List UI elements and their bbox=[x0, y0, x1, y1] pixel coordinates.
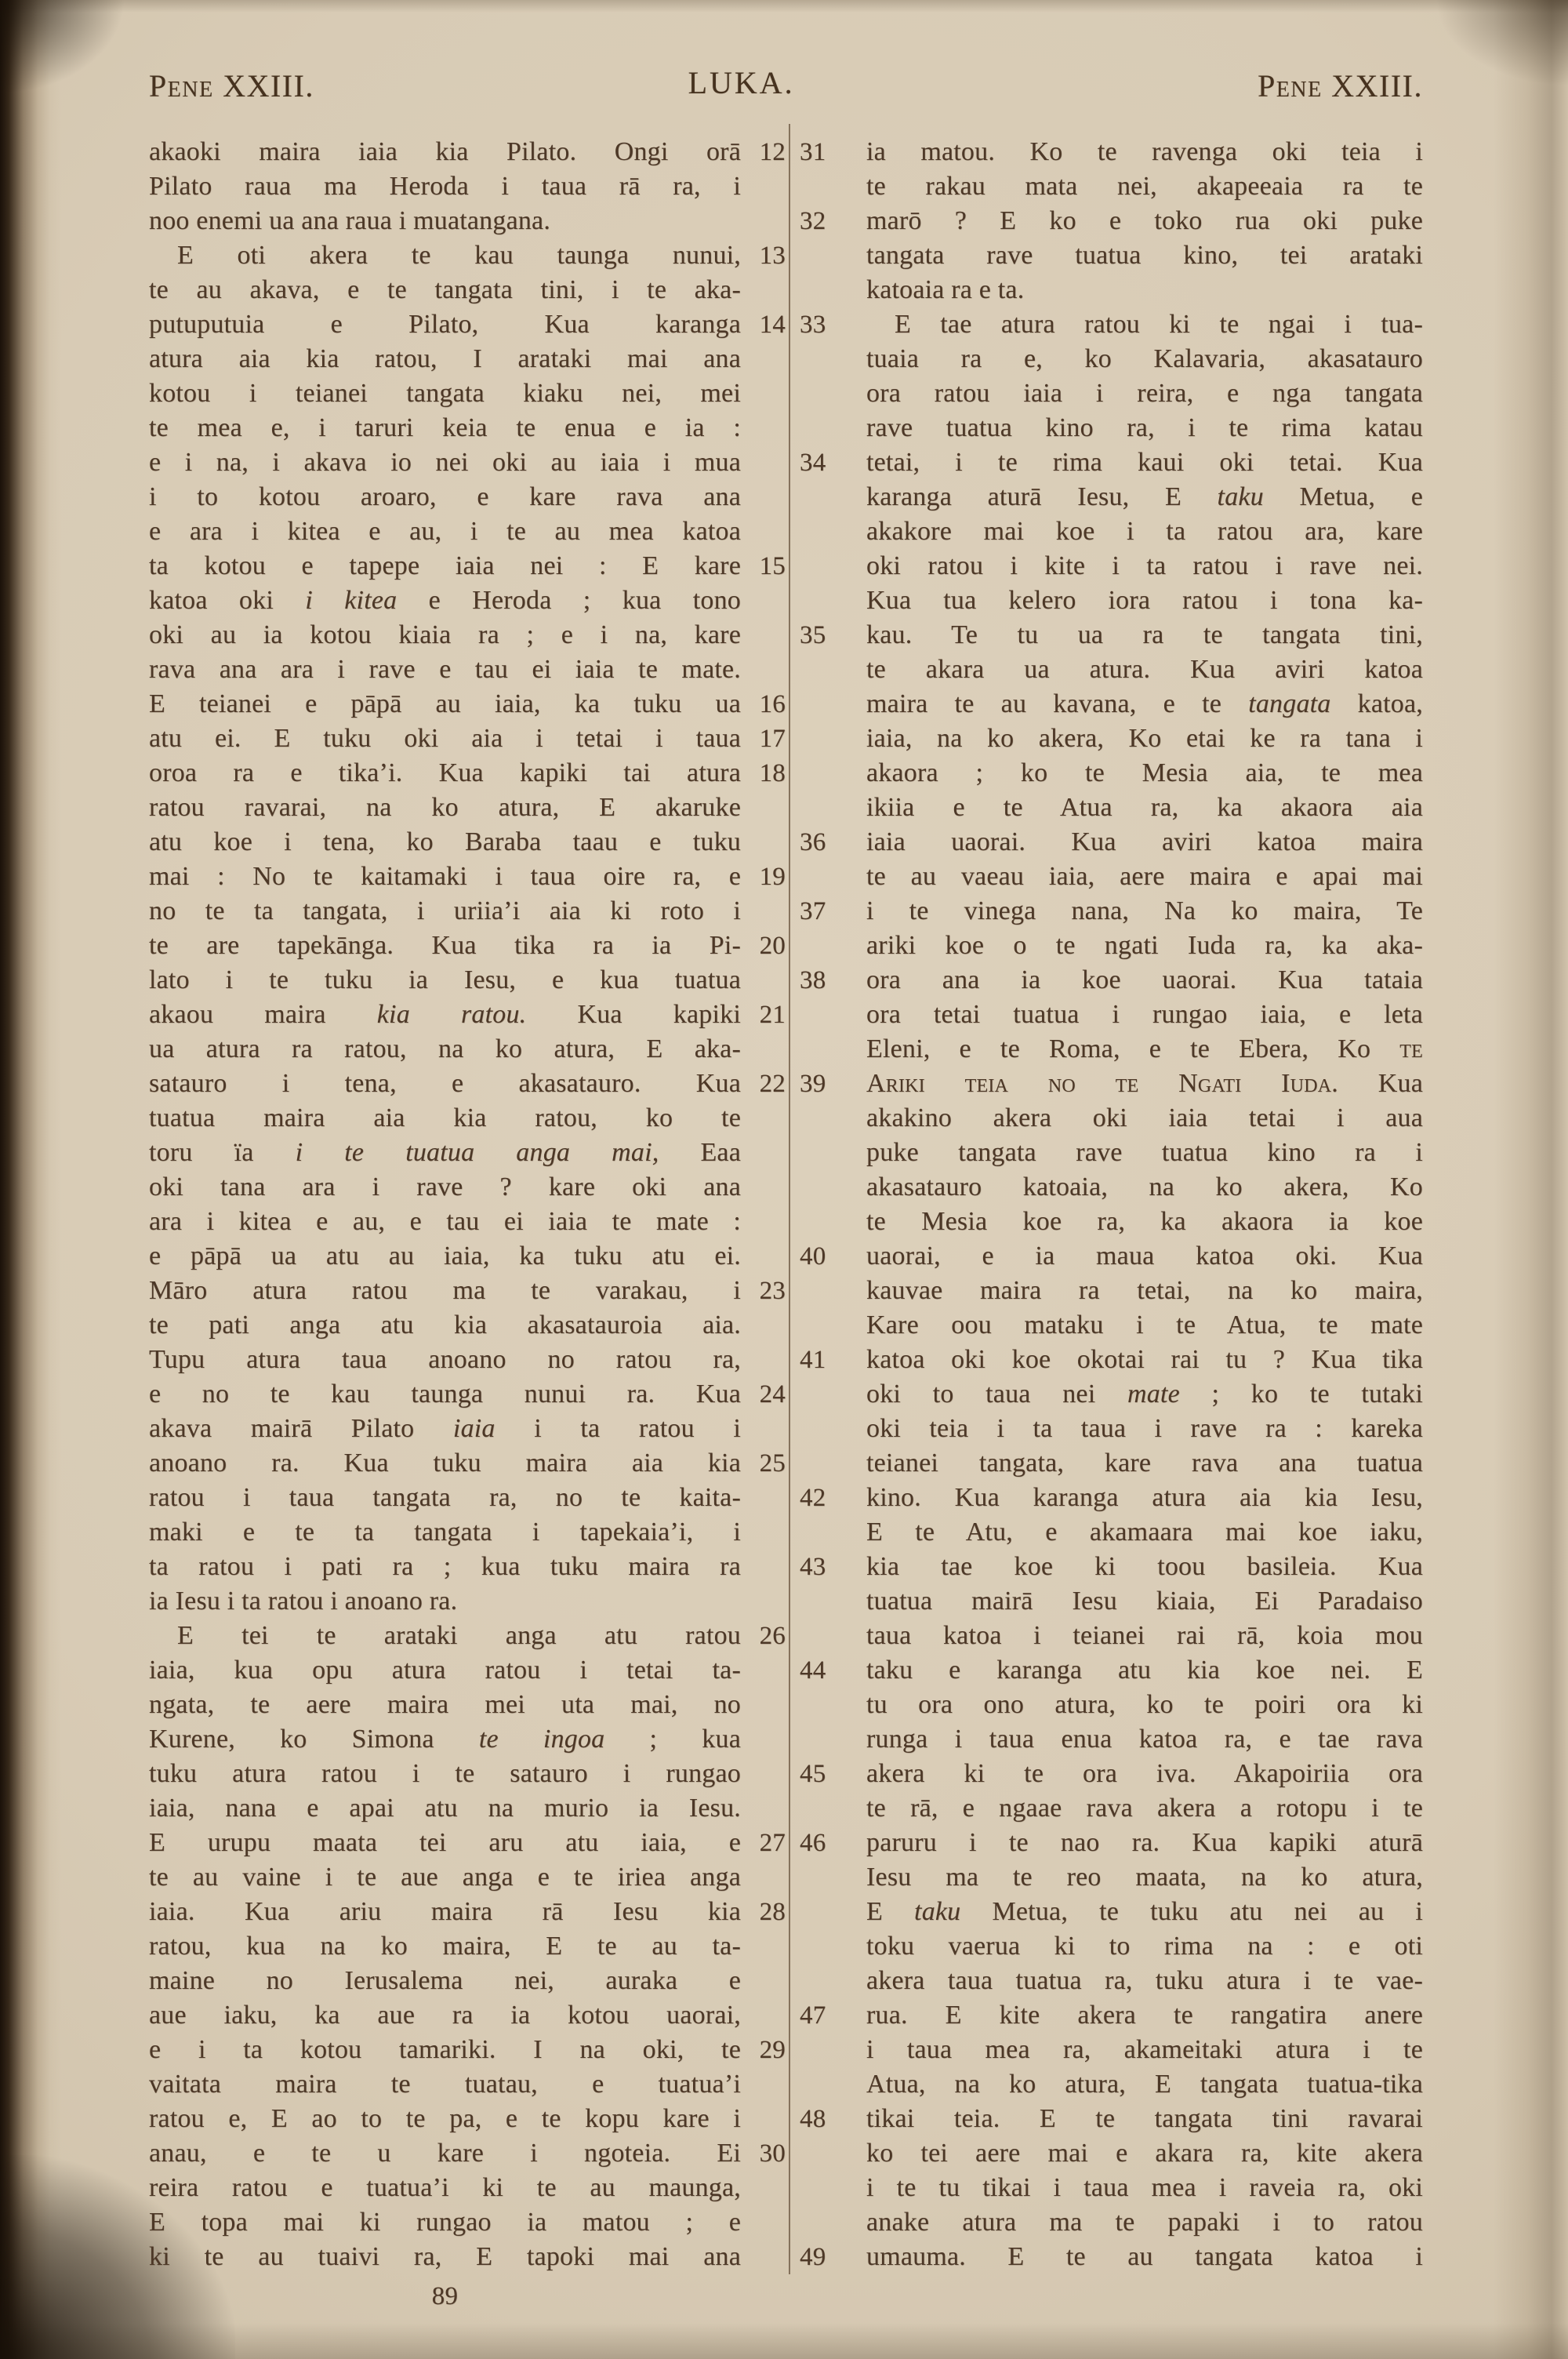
line-text: i to kotou aroaro, e kare rava ana bbox=[149, 480, 741, 514]
line-text: akakino akera oki iaia tetai i aua bbox=[866, 1101, 1423, 1136]
text-line: rave tuatua kino ra, i te rima katau bbox=[800, 411, 1423, 445]
text-line: anau, e te u kare i ngoteia. Ei30 bbox=[149, 2136, 786, 2171]
line-text: e i na, i akava io nei oki au iaia i mua bbox=[149, 445, 741, 480]
text-line: ta kotou e tapepe iaia nei : E kare15 bbox=[149, 549, 786, 583]
line-text: umauma. E te au tangata katoa i bbox=[866, 2240, 1423, 2274]
verse-number: 36 bbox=[800, 825, 826, 860]
line-text: no te ta tangata, i uriia’i aia ki roto … bbox=[149, 894, 741, 929]
text-line: tuatua mairā Iesu kiaia, Ei Paradaiso bbox=[800, 1584, 1423, 1619]
line-text: Kurene, ko Simona te ingoa ; kua bbox=[149, 1722, 741, 1757]
text-line: Ariki teia no te Ngati Iuda. Kua39 bbox=[800, 1067, 1423, 1101]
verse-number: 34 bbox=[800, 445, 826, 480]
running-head: Pene XXIII. LUKA. Pene XXIII. bbox=[149, 67, 1423, 110]
text-line: iaia, kua opu atura ratou i tetai ta- bbox=[149, 1653, 786, 1688]
text-line: i taua mea ra, akameitaki atura i te bbox=[800, 2033, 1423, 2067]
verse-number: 35 bbox=[800, 618, 826, 652]
verse-number: 30 bbox=[760, 2136, 786, 2171]
text-column-left: akaoki maira iaia kia Pilato. Ongi orā12… bbox=[149, 135, 786, 2314]
line-text: oki au ia kotou kiaia ra ; e i na, kare bbox=[149, 618, 741, 652]
text-line: te au vaine i te aue anga e te iriea ang… bbox=[149, 1860, 786, 1895]
line-text: reira ratou e tuatua’i ki te au maunga, bbox=[149, 2171, 741, 2205]
line-text: runga i taua enua katoa ra, e tae rava bbox=[866, 1722, 1423, 1757]
line-text: anau, e te u kare i ngoteia. Ei bbox=[149, 2136, 741, 2171]
line-text: tuatua mairā Iesu kiaia, Ei Paradaiso bbox=[866, 1584, 1423, 1619]
running-head-chapter-left: Pene XXIII. bbox=[149, 67, 314, 104]
text-line: E tei te arataki anga atu ratou26 bbox=[149, 1619, 786, 1653]
line-text: E teianei e pāpā au iaia, ka tuku ua bbox=[149, 687, 741, 722]
line-text: akakore mai koe i ta ratou ara, kare bbox=[866, 514, 1423, 549]
text-line: lato i te tuku ia Iesu, e kua tuatua bbox=[149, 963, 786, 998]
text-line: katoa oki i kitea e Heroda ; kua tono bbox=[149, 583, 786, 618]
text-line: oki au ia kotou kiaia ra ; e i na, kare bbox=[149, 618, 786, 652]
text-line: ratou ravarai, na ko atura, E akaruke bbox=[149, 791, 786, 825]
text-line: ikiia e te Atua ra, ka akaora aia bbox=[800, 791, 1423, 825]
text-line: akera ki te ora iva. Akapoiriia ora45 bbox=[800, 1757, 1423, 1791]
text-line: teianei tangata, kare rava ana tuatua bbox=[800, 1446, 1423, 1481]
text-line: E topa mai ki rungao ia matou ; e bbox=[149, 2205, 786, 2240]
text-line: te rā, e ngaae rava akera a rotopu i te bbox=[800, 1791, 1423, 1826]
text-line: putuputuia e Pilato, Kua karanga14 bbox=[149, 307, 786, 342]
line-text: iaia uaorai. Kua aviri katoa maira bbox=[866, 825, 1423, 860]
text-line: te rakau mata nei, akapeeaia ra te bbox=[800, 169, 1423, 204]
text-line: te pati anga atu kia akasatauroia aia. bbox=[149, 1308, 786, 1343]
text-line: ki te au tuaivi ra, E tapoki mai ana bbox=[149, 2240, 786, 2274]
text-line: e pāpā ua atu au iaia, ka tuku atu ei. bbox=[149, 1239, 786, 1274]
line-text: rua. E kite akera te rangatira anere bbox=[866, 1998, 1423, 2033]
text-line: Iesu ma te reo maata, na ko atura, bbox=[800, 1860, 1423, 1895]
text-line: oki teia i ta taua i rave ra : kareka bbox=[800, 1412, 1423, 1446]
line-text: e pāpā ua atu au iaia, ka tuku atu ei. bbox=[149, 1239, 741, 1274]
line-text: ariki koe o te ngati Iuda ra, ka aka- bbox=[866, 929, 1423, 963]
text-line: tetai, i te rima kaui oki tetai. Kua34 bbox=[800, 445, 1423, 480]
page-edge-shadow-top bbox=[0, 0, 1568, 13]
line-text: ia Iesu i ta ratou i anoano ra. bbox=[149, 1584, 741, 1619]
text-line: rua. E kite akera te rangatira anere47 bbox=[800, 1998, 1423, 2033]
text-line: te au akava, e te tangata tini, i te aka… bbox=[149, 273, 786, 307]
column-divider-rule bbox=[789, 124, 790, 2274]
verse-number: 25 bbox=[760, 1446, 786, 1481]
line-text: Tupu atura taua anoano no ratou ra, bbox=[149, 1343, 741, 1377]
line-text: taua katoa i teianei rai rā, koia mou bbox=[866, 1619, 1423, 1653]
line-text: katoa oki koe okotai rai tu ? Kua tika bbox=[866, 1343, 1423, 1377]
line-text: ko tei aere mai e akara ra, kite akera bbox=[866, 2136, 1423, 2171]
text-line: ora ana ia koe uaorai. Kua tataia38 bbox=[800, 963, 1423, 998]
text-line: atu koe i tena, ko Baraba taau e tuku bbox=[149, 825, 786, 860]
text-line: maira te au kavana, e te tangata katoa, bbox=[800, 687, 1423, 722]
text-line: iaia uaorai. Kua aviri katoa maira36 bbox=[800, 825, 1423, 860]
line-text: iaia, na ko akera, Ko etai ke ra tana i bbox=[866, 722, 1423, 756]
text-line: Tupu atura taua anoano no ratou ra, bbox=[149, 1343, 786, 1377]
line-text: Kare oou mataku i te Atua, te mate bbox=[866, 1308, 1423, 1343]
line-text: putuputuia e Pilato, Kua karanga bbox=[149, 307, 741, 342]
line-text: iaia, kua opu atura ratou i tetai ta- bbox=[149, 1653, 741, 1688]
line-text: maki e te ta tangata i tapekaia’i, i bbox=[149, 1515, 741, 1550]
line-text: ara i kitea e au, e tau ei iaia te mate … bbox=[149, 1205, 741, 1239]
running-head-chapter-right: Pene XXIII. bbox=[1258, 67, 1423, 104]
text-line: katoaia ra e ta. bbox=[800, 273, 1423, 307]
line-text: oroa ra e tika’i. Kua kapiki tai atura bbox=[149, 756, 741, 791]
line-text: anoano ra. Kua tuku maira aia kia bbox=[149, 1446, 741, 1481]
verse-number: 16 bbox=[760, 687, 786, 722]
text-line: ua atura ra ratou, na ko atura, E aka- bbox=[149, 1032, 786, 1067]
text-line: ariki koe o te ngati Iuda ra, ka aka- bbox=[800, 929, 1423, 963]
verse-number: 14 bbox=[760, 307, 786, 342]
text-line: kino. Kua karanga atura aia kia Iesu,42 bbox=[800, 1481, 1423, 1515]
line-text: lato i te tuku ia Iesu, e kua tuatua bbox=[149, 963, 741, 998]
line-text: atura aia kia ratou, I arataki mai ana bbox=[149, 342, 741, 376]
line-text: maira te au kavana, e te tangata katoa, bbox=[866, 687, 1423, 722]
line-text: tu ora ono atura, ko te poiri ora ki bbox=[866, 1688, 1423, 1722]
text-line: ora ratou iaia i reira, e nga tangata bbox=[800, 376, 1423, 411]
text-line: tuatua maira aia kia ratou, ko te bbox=[149, 1101, 786, 1136]
line-text: marō ? E ko e toko rua oki puke bbox=[866, 204, 1423, 238]
text-line: E oti akera te kau taunga nunui,13 bbox=[149, 238, 786, 273]
text-line: toku vaerua ki to rima na : e oti bbox=[800, 1929, 1423, 1964]
line-text: kino. Kua karanga atura aia kia Iesu, bbox=[866, 1481, 1423, 1515]
text-line: ora tetai tuatua i rungao iaia, e leta bbox=[800, 998, 1423, 1032]
verse-number: 22 bbox=[760, 1067, 786, 1101]
line-text: iaia. Kua ariu maira rā Iesu kia bbox=[149, 1895, 741, 1929]
line-text: te pati anga atu kia akasatauroia aia. bbox=[149, 1308, 741, 1343]
text-line: reira ratou e tuatua’i ki te au maunga, bbox=[149, 2171, 786, 2205]
verse-number: 45 bbox=[800, 1757, 826, 1791]
line-text: i te tu tikai i taua mea i raveia ra, ok… bbox=[866, 2171, 1423, 2205]
corner-shadow-top-left bbox=[0, 0, 125, 94]
text-line: oki ratou i kite i ta ratou i rave nei. bbox=[800, 549, 1423, 583]
line-text: e ara i kitea e au, i te au mea katoa bbox=[149, 514, 741, 549]
text-line: Kare oou mataku i te Atua, te mate bbox=[800, 1308, 1423, 1343]
text-line: taua katoa i teianei rai rā, koia mou bbox=[800, 1619, 1423, 1653]
line-text: i taua mea ra, akameitaki atura i te bbox=[866, 2033, 1423, 2067]
line-text: ratou, kua na ko maira, E te au ta- bbox=[149, 1929, 741, 1964]
line-text: toku vaerua ki to rima na : e oti bbox=[866, 1929, 1423, 1964]
text-line: uaorai, e ia maua katoa oki. Kua40 bbox=[800, 1239, 1423, 1274]
line-text: e no te kau taunga nunui ra. Kua bbox=[149, 1377, 741, 1412]
text-line: maki e te ta tangata i tapekaia’i, i bbox=[149, 1515, 786, 1550]
line-text: kau. Te tu ua ra te tangata tini, bbox=[866, 618, 1423, 652]
text-line: E urupu maata tei aru atu iaia, e27 bbox=[149, 1826, 786, 1860]
line-text: ora ratou iaia i reira, e nga tangata bbox=[866, 376, 1423, 411]
verse-number: 12 bbox=[760, 135, 786, 169]
text-line: taku e karanga atu kia koe nei. E44 bbox=[800, 1653, 1423, 1688]
verse-number: 32 bbox=[800, 204, 826, 238]
line-text: noo enemi ua ana raua i muatangana. bbox=[149, 204, 741, 238]
line-text: ngata, te aere maira mei uta mai, no bbox=[149, 1688, 741, 1722]
text-line: tuku atura ratou i te satauro i rungao bbox=[149, 1757, 786, 1791]
text-line: i te vinega nana, Na ko maira, Te37 bbox=[800, 894, 1423, 929]
text-line: anoano ra. Kua tuku maira aia kia25 bbox=[149, 1446, 786, 1481]
text-line: ko tei aere mai e akara ra, kite akera bbox=[800, 2136, 1423, 2171]
line-text: Ariki teia no te Ngati Iuda. Kua bbox=[866, 1067, 1423, 1101]
verse-number: 47 bbox=[800, 1998, 826, 2033]
text-line: oroa ra e tika’i. Kua kapiki tai atura18 bbox=[149, 756, 786, 791]
verse-number: 38 bbox=[800, 963, 826, 998]
verse-number: 44 bbox=[800, 1653, 826, 1688]
line-text: te Mesia koe ra, ka akaora ia koe bbox=[866, 1205, 1423, 1239]
line-text: akasatauro katoaia, na ko akera, Ko bbox=[866, 1170, 1423, 1205]
text-line: akera taua tuatua ra, tuku atura i te va… bbox=[800, 1964, 1423, 1998]
verse-number: 42 bbox=[800, 1481, 826, 1515]
text-line: ia Iesu i ta ratou i anoano ra. bbox=[149, 1584, 786, 1619]
text-line: tikai teia. E te tangata tini ravarai48 bbox=[800, 2102, 1423, 2136]
verse-number: 23 bbox=[760, 1274, 786, 1308]
line-text: akera ki te ora iva. Akapoiriia ora bbox=[866, 1757, 1423, 1791]
text-line: mai : No te kaitamaki i taua oire ra, e1… bbox=[149, 860, 786, 894]
text-line: e ara i kitea e au, i te au mea katoa bbox=[149, 514, 786, 549]
text-line: iaia, nana e apai atu na murio ia Iesu. bbox=[149, 1791, 786, 1826]
line-text: iaia, nana e apai atu na murio ia Iesu. bbox=[149, 1791, 741, 1826]
line-text: E taku Metua, te tuku atu nei au i bbox=[866, 1895, 1423, 1929]
line-text: oki ratou i kite i ta ratou i rave nei. bbox=[866, 549, 1423, 583]
line-text: katoa oki i kitea e Heroda ; kua tono bbox=[149, 583, 741, 618]
text-line: te mea e, i taruri keia te enua e ia : bbox=[149, 411, 786, 445]
verse-number: 17 bbox=[760, 722, 786, 756]
text-line: i te tu tikai i taua mea i raveia ra, ok… bbox=[800, 2171, 1423, 2205]
text-line: i to kotou aroaro, e kare rava ana bbox=[149, 480, 786, 514]
line-text: te rā, e ngaae rava akera a rotopu i te bbox=[866, 1791, 1423, 1826]
line-text: i te vinega nana, Na ko maira, Te bbox=[866, 894, 1423, 929]
line-text: atu ei. E tuku oki aia i tetai i taua bbox=[149, 722, 741, 756]
text-line: rava ana ara i rave e tau ei iaia te mat… bbox=[149, 652, 786, 687]
line-text: katoaia ra e ta. bbox=[866, 273, 1423, 307]
text-column-right: ia matou. Ko te ravenga oki teia i31te r… bbox=[800, 135, 1423, 2274]
text-line: ratou, kua na ko maira, E te au ta- bbox=[149, 1929, 786, 1964]
text-line: ara i kitea e au, e tau ei iaia te mate … bbox=[149, 1205, 786, 1239]
line-text: rava ana ara i rave e tau ei iaia te mat… bbox=[149, 652, 741, 687]
verse-number: 48 bbox=[800, 2102, 826, 2136]
line-text: tuatua maira aia kia ratou, ko te bbox=[149, 1101, 741, 1136]
verse-number: 40 bbox=[800, 1239, 826, 1274]
text-line: Atua, na ko atura, E tangata tuatua-tika bbox=[800, 2067, 1423, 2102]
text-line: iaia. Kua ariu maira rā Iesu kia28 bbox=[149, 1895, 786, 1929]
text-line: toru ïa i te tuatua anga mai, Eaa bbox=[149, 1136, 786, 1170]
line-text: uaorai, e ia maua katoa oki. Kua bbox=[866, 1239, 1423, 1274]
verse-number: 19 bbox=[760, 860, 786, 894]
line-text: mai : No te kaitamaki i taua oire ra, e bbox=[149, 860, 741, 894]
line-text: ratou e, E ao to te pa, e te kopu kare i bbox=[149, 2102, 741, 2136]
text-line: te akara ua atura. Kua aviri katoa bbox=[800, 652, 1423, 687]
verse-number: 27 bbox=[760, 1826, 786, 1860]
verse-number: 13 bbox=[760, 238, 786, 273]
verse-number: 28 bbox=[760, 1895, 786, 1929]
line-text: E topa mai ki rungao ia matou ; e bbox=[149, 2205, 741, 2240]
text-line: tuaia ra e, ko Kalavaria, akasatauro bbox=[800, 342, 1423, 376]
line-text: oki tana ara i rave ? kare oki ana bbox=[149, 1170, 741, 1205]
text-line: atu ei. E tuku oki aia i tetai i taua17 bbox=[149, 722, 786, 756]
text-line: umauma. E te au tangata katoa i49 bbox=[800, 2240, 1423, 2274]
line-text: aue iaku, ka aue ra ia kotou uaorai, bbox=[149, 1998, 741, 2033]
verse-number: 18 bbox=[760, 756, 786, 791]
line-text: te mea e, i taruri keia te enua e ia : bbox=[149, 411, 741, 445]
text-line: iaia, na ko akera, Ko etai ke ra tana i bbox=[800, 722, 1423, 756]
text-line: kau. Te tu ua ra te tangata tini,35 bbox=[800, 618, 1423, 652]
line-text: akava mairā Pilato iaia i ta ratou i bbox=[149, 1412, 741, 1446]
text-line: oki to taua nei mate ; ko te tutaki bbox=[800, 1377, 1423, 1412]
corner-shadow-top-right bbox=[1435, 0, 1568, 86]
text-line: E te Atu, e akamaara mai koe iaku, bbox=[800, 1515, 1423, 1550]
line-text: ta kotou e tapepe iaia nei : E kare bbox=[149, 549, 741, 583]
text-line: noo enemi ua ana raua i muatangana. bbox=[149, 204, 786, 238]
verse-number: 43 bbox=[800, 1550, 826, 1584]
line-text: tuaia ra e, ko Kalavaria, akasatauro bbox=[866, 342, 1423, 376]
text-line: kia tae koe ki toou basileia. Kua43 bbox=[800, 1550, 1423, 1584]
text-line: anake atura ma te papaki i to ratou bbox=[800, 2205, 1423, 2240]
line-text: akaou maira kia ratou. Kua kapiki bbox=[149, 998, 741, 1032]
line-text: Iesu ma te reo maata, na ko atura, bbox=[866, 1860, 1423, 1895]
text-line: kauvae maira ra tetai, na ko maira, bbox=[800, 1274, 1423, 1308]
text-line: akaou maira kia ratou. Kua kapiki21 bbox=[149, 998, 786, 1032]
line-text: akera taua tuatua ra, tuku atura i te va… bbox=[866, 1964, 1423, 1998]
line-text: ki te au tuaivi ra, E tapoki mai ana bbox=[149, 2240, 741, 2274]
text-line: Māro atura ratou ma te varakau, i23 bbox=[149, 1274, 786, 1308]
verse-number: 49 bbox=[800, 2240, 826, 2274]
verse-number: 21 bbox=[760, 998, 786, 1032]
line-text: ikiia e te Atua ra, ka akaora aia bbox=[866, 791, 1423, 825]
book-binding-shadow-left bbox=[0, 0, 61, 2359]
line-text: te au vaine i te aue anga e te iriea ang… bbox=[149, 1860, 741, 1895]
verse-number: 26 bbox=[760, 1619, 786, 1653]
verse-number: 20 bbox=[760, 929, 786, 963]
text-line: ia matou. Ko te ravenga oki teia i31 bbox=[800, 135, 1423, 169]
line-text: te au vaeau iaia, aere maira e apai mai bbox=[866, 860, 1423, 894]
text-line: maine no Ierusalema nei, auraka e bbox=[149, 1964, 786, 1998]
line-text: oki teia i ta taua i rave ra : kareka bbox=[866, 1412, 1423, 1446]
verse-number: 31 bbox=[800, 135, 826, 169]
line-text: anake atura ma te papaki i to ratou bbox=[866, 2205, 1423, 2240]
line-text: taku e karanga atu kia koe nei. E bbox=[866, 1653, 1423, 1688]
text-line: puke tangata rave tuatua kino ra i bbox=[800, 1136, 1423, 1170]
text-line: E tae atura ratou ki te ngai i tua-33 bbox=[800, 307, 1423, 342]
text-line: akaoki maira iaia kia Pilato. Ongi orā12 bbox=[149, 135, 786, 169]
text-line: oki tana ara i rave ? kare oki ana bbox=[149, 1170, 786, 1205]
verse-number: 41 bbox=[800, 1343, 826, 1377]
verse-number: 29 bbox=[760, 2033, 786, 2067]
line-text: te akara ua atura. Kua aviri katoa bbox=[866, 652, 1423, 687]
line-text: paruru i te nao ra. Kua kapiki aturā bbox=[866, 1826, 1423, 1860]
text-line: E taku Metua, te tuku atu nei au i bbox=[800, 1895, 1423, 1929]
line-text: ia matou. Ko te ravenga oki teia i bbox=[866, 135, 1423, 169]
text-line: ngata, te aere maira mei uta mai, no bbox=[149, 1688, 786, 1722]
line-text: ratou i taua tangata ra, no te kaita- bbox=[149, 1481, 741, 1515]
text-line: ratou i taua tangata ra, no te kaita- bbox=[149, 1481, 786, 1515]
verse-number: 46 bbox=[800, 1826, 826, 1860]
text-line: atura aia kia ratou, I arataki mai ana bbox=[149, 342, 786, 376]
line-text: E tae atura ratou ki te ngai i tua- bbox=[866, 307, 1423, 342]
text-line: karanga aturā Iesu, E taku Metua, e bbox=[800, 480, 1423, 514]
text-line: te Mesia koe ra, ka akaora ia koe bbox=[800, 1205, 1423, 1239]
text-line: Kurene, ko Simona te ingoa ; kua bbox=[149, 1722, 786, 1757]
line-text: E urupu maata tei aru atu iaia, e bbox=[149, 1826, 741, 1860]
text-line: no te ta tangata, i uriia’i aia ki roto … bbox=[149, 894, 786, 929]
running-head-book-title: LUKA. bbox=[688, 64, 795, 101]
line-text: Pilato raua ma Heroda i taua rā ra, i bbox=[149, 169, 741, 204]
line-text: karanga aturā Iesu, E taku Metua, e bbox=[866, 480, 1423, 514]
line-text: kia tae koe ki toou basileia. Kua bbox=[866, 1550, 1423, 1584]
text-line: vaitata maira te tuatau, e tuatua’i bbox=[149, 2067, 786, 2102]
line-text: teianei tangata, kare rava ana tuatua bbox=[866, 1446, 1423, 1481]
text-line: runga i taua enua katoa ra, e tae rava bbox=[800, 1722, 1423, 1757]
line-text: toru ïa i te tuatua anga mai, Eaa bbox=[149, 1136, 741, 1170]
text-line: ta ratou i pati ra ; kua tuku maira ra bbox=[149, 1550, 786, 1584]
line-text: maine no Ierusalema nei, auraka e bbox=[149, 1964, 741, 1998]
text-line: tangata rave tuatua kino, tei arataki bbox=[800, 238, 1423, 273]
line-text: Atua, na ko atura, E tangata tuatua-tika bbox=[866, 2067, 1423, 2102]
text-line: te are tapekānga. Kua tika ra ia Pi-20 bbox=[149, 929, 786, 963]
line-text: E oti akera te kau taunga nunui, bbox=[149, 238, 741, 273]
line-text: Kua tua kelero iora ratou i tona ka- bbox=[866, 583, 1423, 618]
book-page-scan: Pene XXIII. LUKA. Pene XXIII. akaoki mai… bbox=[0, 0, 1568, 2359]
line-text: E te Atu, e akamaara mai koe iaku, bbox=[866, 1515, 1423, 1550]
line-text: rave tuatua kino ra, i te rima katau bbox=[866, 411, 1423, 445]
verse-number: 24 bbox=[760, 1377, 786, 1412]
line-text: atu koe i tena, ko Baraba taau e tuku bbox=[149, 825, 741, 860]
text-line: marō ? E ko e toko rua oki puke32 bbox=[800, 204, 1423, 238]
text-line: ratou e, E ao to te pa, e te kopu kare i bbox=[149, 2102, 786, 2136]
text-line: e i na, i akava io nei oki au iaia i mua bbox=[149, 445, 786, 480]
text-line: katoa oki koe okotai rai tu ? Kua tika41 bbox=[800, 1343, 1423, 1377]
text-line: Kua tua kelero iora ratou i tona ka- bbox=[800, 583, 1423, 618]
line-text: ratou ravarai, na ko atura, E akaruke bbox=[149, 791, 741, 825]
line-text: vaitata maira te tuatau, e tuatua’i bbox=[149, 2067, 741, 2102]
line-text: ua atura ra ratou, na ko atura, E aka- bbox=[149, 1032, 741, 1067]
line-text: kotou i teianei tangata kiaku nei, mei bbox=[149, 376, 741, 411]
text-line: e no te kau taunga nunui ra. Kua24 bbox=[149, 1377, 786, 1412]
page-number: 89 bbox=[149, 2279, 741, 2314]
line-text: akaora ; ko te Mesia aia, te mea bbox=[866, 756, 1423, 791]
text-line: kotou i teianei tangata kiaku nei, mei bbox=[149, 376, 786, 411]
line-text: e i ta kotou tamariki. I na oki, te bbox=[149, 2033, 741, 2067]
line-text: ora ana ia koe uaorai. Kua tataia bbox=[866, 963, 1423, 998]
text-line: paruru i te nao ra. Kua kapiki aturā46 bbox=[800, 1826, 1423, 1860]
line-text: ta ratou i pati ra ; kua tuku maira ra bbox=[149, 1550, 741, 1584]
text-line: akakino akera oki iaia tetai i aua bbox=[800, 1101, 1423, 1136]
line-text: te are tapekānga. Kua tika ra ia Pi- bbox=[149, 929, 741, 963]
line-text: tetai, i te rima kaui oki tetai. Kua bbox=[866, 445, 1423, 480]
text-line: akava mairā Pilato iaia i ta ratou i bbox=[149, 1412, 786, 1446]
text-line: akakore mai koe i ta ratou ara, kare bbox=[800, 514, 1423, 549]
line-text: tuku atura ratou i te satauro i rungao bbox=[149, 1757, 741, 1791]
line-text: te rakau mata nei, akapeeaia ra te bbox=[866, 169, 1423, 204]
line-text: E tei te arataki anga atu ratou bbox=[149, 1619, 741, 1653]
line-text: Eleni, e te Roma, e te Ebera, Ko te bbox=[866, 1032, 1423, 1067]
verse-number: 15 bbox=[760, 549, 786, 583]
text-line: Eleni, e te Roma, e te Ebera, Ko te bbox=[800, 1032, 1423, 1067]
line-text: te au akava, e te tangata tini, i te aka… bbox=[149, 273, 741, 307]
text-line: te au vaeau iaia, aere maira e apai mai bbox=[800, 860, 1423, 894]
text-line: e i ta kotou tamariki. I na oki, te29 bbox=[149, 2033, 786, 2067]
line-text: kauvae maira ra tetai, na ko maira, bbox=[866, 1274, 1423, 1308]
page-curl-shadow-right bbox=[1494, 0, 1568, 2359]
line-text: tikai teia. E te tangata tini ravarai bbox=[866, 2102, 1423, 2136]
line-text: puke tangata rave tuatua kino ra i bbox=[866, 1136, 1423, 1170]
text-line: E teianei e pāpā au iaia, ka tuku ua16 bbox=[149, 687, 786, 722]
text-line: akaora ; ko te Mesia aia, te mea bbox=[800, 756, 1423, 791]
text-line: tu ora ono atura, ko te poiri ora ki bbox=[800, 1688, 1423, 1722]
line-text: Māro atura ratou ma te varakau, i bbox=[149, 1274, 741, 1308]
text-line: satauro i tena, e akasatauro. Kua22 bbox=[149, 1067, 786, 1101]
line-text: oki to taua nei mate ; ko te tutaki bbox=[866, 1377, 1423, 1412]
text-line: akasatauro katoaia, na ko akera, Ko bbox=[800, 1170, 1423, 1205]
line-text: satauro i tena, e akasatauro. Kua bbox=[149, 1067, 741, 1101]
verse-number: 37 bbox=[800, 894, 826, 929]
line-text: tangata rave tuatua kino, tei arataki bbox=[866, 238, 1423, 273]
verse-number: 39 bbox=[800, 1067, 826, 1101]
verse-number: 33 bbox=[800, 307, 826, 342]
text-line: Pilato raua ma Heroda i taua rā ra, i bbox=[149, 169, 786, 204]
text-line: aue iaku, ka aue ra ia kotou uaorai, bbox=[149, 1998, 786, 2033]
line-text: akaoki maira iaia kia Pilato. Ongi orā bbox=[149, 135, 741, 169]
page-edge-shadow-bottom bbox=[0, 2323, 1568, 2359]
